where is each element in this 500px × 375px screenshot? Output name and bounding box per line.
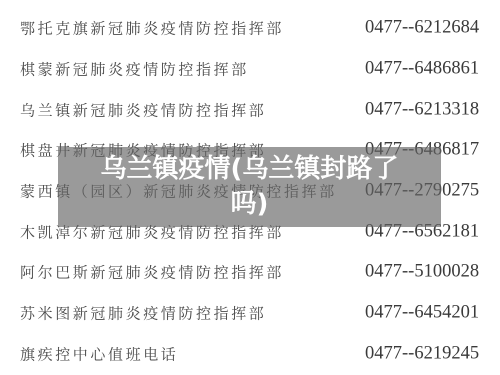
phone-number: 0477--6212684	[365, 18, 479, 39]
phone-number: 0477--6219245	[365, 343, 479, 364]
department-name: 苏米图新冠肺炎疫情防控指挥部	[20, 303, 266, 324]
phone-number: 0477--6213318	[365, 99, 479, 120]
contact-row: 阿尔巴斯新冠肺炎疫情防控指挥部 0477--5100028	[0, 252, 500, 293]
department-name: 鄂托克旗新冠肺炎疫情防控指挥部	[20, 18, 284, 39]
contact-row: 乌兰镇新冠肺炎疫情防控指挥部 0477--6213318	[0, 89, 500, 130]
department-name: 乌兰镇新冠肺炎疫情防控指挥部	[20, 99, 266, 120]
phone-number: 0477--5100028	[365, 262, 479, 283]
overlay-title: 乌兰镇疫情(乌兰镇封路了吗)	[86, 152, 413, 222]
department-name: 棋蒙新冠肺炎疫情防控指挥部	[20, 59, 249, 80]
title-overlay: 乌兰镇疫情(乌兰镇封路了吗)	[58, 147, 441, 227]
contact-row: 棋蒙新冠肺炎疫情防控指挥部 0477--6486861	[0, 49, 500, 90]
phone-number: 0477--6454201	[365, 303, 479, 324]
contact-row: 旗疾控中心值班电话 0477--6219245	[0, 334, 500, 375]
contact-row: 苏米图新冠肺炎疫情防控指挥部 0477--6454201	[0, 293, 500, 334]
department-name: 阿尔巴斯新冠肺炎疫情防控指挥部	[20, 262, 284, 283]
department-name: 旗疾控中心值班电话	[20, 343, 178, 364]
phone-number: 0477--6486861	[365, 59, 479, 80]
contact-row: 鄂托克旗新冠肺炎疫情防控指挥部 0477--6212684	[0, 8, 500, 49]
